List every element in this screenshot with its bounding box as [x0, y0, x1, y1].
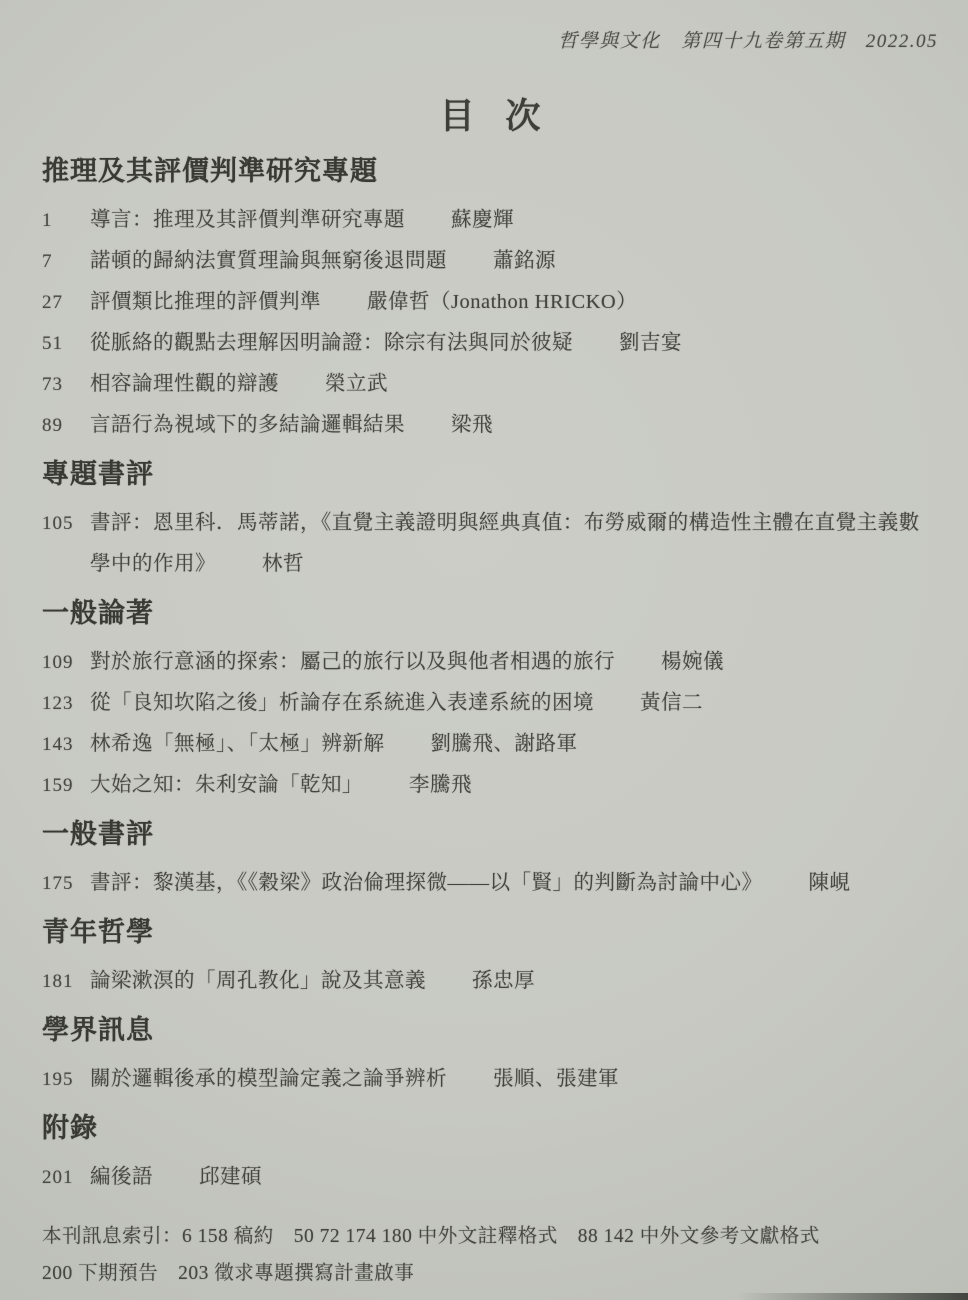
entry-author: 邱建碩	[199, 1166, 262, 1188]
page-content: 哲學與文化 第四十九卷第五期 2022.05 目 次 推理及其評價判準研究專題 …	[42, 0, 938, 1292]
entry-title: 諾頓的歸納法實質理論與無窮後退問題	[90, 250, 447, 272]
entry-text: 評價類比推理的評價判準嚴偉哲（Jonathon HRICKO）	[90, 282, 938, 323]
entry-author: 榮立武	[325, 373, 388, 395]
toc-entry: 123 從「良知坎陷之後」析論存在系統進入表達系統的困境黃信二	[42, 683, 938, 724]
entry-page-number: 181	[42, 961, 90, 1002]
entry-author: 黃信二	[640, 692, 703, 714]
section-heading: 一般書評	[42, 816, 938, 852]
section-heading: 青年哲學	[42, 914, 938, 950]
entry-page-number: 51	[42, 323, 90, 364]
entry-title: 書評：恩里科．馬蒂諾，《直覺主義證明與經典真值：布勞威爾的構造性主體在直覺主義數…	[90, 512, 920, 575]
toc-entry: 89 言語行為視域下的多結論邏輯結果梁飛	[42, 405, 938, 446]
toc-entry: 109 對於旅行意涵的探索：屬己的旅行以及與他者相遇的旅行楊婉儀	[42, 642, 938, 683]
entry-title: 從「良知坎陷之後」析論存在系統進入表達系統的困境	[90, 692, 594, 714]
entry-page-number: 109	[42, 642, 90, 683]
entry-text: 編後語邱建碩	[90, 1157, 938, 1198]
entry-page-number: 195	[42, 1059, 90, 1100]
footer-notice-line: 200 下期預告 203 徵求專題撰寫計畫啟事	[42, 1255, 938, 1292]
entry-page-number: 123	[42, 683, 90, 724]
page-title: 目 次	[42, 89, 938, 139]
toc-entry: 1 導言：推理及其評價判準研究專題蘇慶輝	[42, 200, 938, 241]
entry-text: 從脈絡的觀點去理解因明論證：除宗有法與同於彼疑劉吉宴	[90, 323, 938, 364]
footer-index-line: 本刊訊息索引：6 158 稿約 50 72 174 180 中外文註釋格式 88…	[42, 1218, 938, 1255]
entry-text: 書評：黎漢基，《《穀梁》政治倫理探微——以「賢」的判斷為討論中心》陳峴	[90, 863, 938, 904]
entry-title: 論梁漱溟的「周孔教化」說及其意義	[90, 970, 426, 992]
entry-author: 蕭銘源	[493, 250, 556, 272]
entry-title: 書評：黎漢基，《《穀梁》政治倫理探微——以「賢」的判斷為討論中心》	[90, 872, 763, 894]
toc-entry: 181 論梁漱溟的「周孔教化」說及其意義孫忠厚	[42, 961, 938, 1002]
entry-author: 陳峴	[809, 872, 851, 894]
toc-entry: 159 大始之知：朱利安論「乾知」李騰飛	[42, 765, 938, 806]
entry-author: 林哲	[262, 553, 304, 575]
entry-page-number: 143	[42, 724, 90, 765]
entry-title: 林希逸「無極」、「太極」辨新解	[90, 733, 385, 755]
entry-page-number: 73	[42, 364, 90, 405]
entry-author: 楊婉儀	[661, 651, 724, 673]
entry-author: 張順、張建軍	[493, 1068, 619, 1090]
entry-page-number: 89	[42, 405, 90, 446]
page-footer: 本刊訊息索引：6 158 稿約 50 72 174 180 中外文註釋格式 88…	[42, 1218, 938, 1292]
toc-entry: 143 林希逸「無極」、「太極」辨新解劉騰飛、謝路軍	[42, 724, 938, 765]
toc-entry: 105 書評：恩里科．馬蒂諾，《直覺主義證明與經典真值：布勞威爾的構造性主體在直…	[42, 503, 938, 585]
entry-title: 導言：推理及其評價判準研究專題	[90, 209, 405, 231]
section-heading: 附錄	[42, 1110, 938, 1146]
entry-page-number: 7	[42, 241, 90, 282]
journal-issue-line: 哲學與文化 第四十九卷第五期 2022.05	[42, 0, 938, 53]
entry-title: 編後語	[90, 1166, 153, 1188]
entry-title: 大始之知：朱利安論「乾知」	[90, 774, 363, 796]
entry-text: 論梁漱溟的「周孔教化」說及其意義孫忠厚	[90, 961, 938, 1002]
entry-page-number: 201	[42, 1157, 90, 1198]
entry-text: 大始之知：朱利安論「乾知」李騰飛	[90, 765, 938, 806]
entry-page-number: 175	[42, 863, 90, 904]
section-heading: 推理及其評價判準研究專題	[42, 153, 938, 189]
photo-edge-shadow	[738, 1293, 968, 1300]
entry-text: 對於旅行意涵的探索：屬己的旅行以及與他者相遇的旅行楊婉儀	[90, 642, 938, 683]
section-heading: 一般論著	[42, 595, 938, 631]
entry-text: 相容論理性觀的辯護榮立武	[90, 364, 938, 405]
entry-text: 林希逸「無極」、「太極」辨新解劉騰飛、謝路軍	[90, 724, 938, 765]
entry-text: 言語行為視域下的多結論邏輯結果梁飛	[90, 405, 938, 446]
toc-entry: 27 評價類比推理的評價判準嚴偉哲（Jonathon HRICKO）	[42, 282, 938, 323]
entry-page-number: 27	[42, 282, 90, 323]
entry-title: 對於旅行意涵的探索：屬己的旅行以及與他者相遇的旅行	[90, 651, 615, 673]
section-heading: 專題書評	[42, 456, 938, 492]
section-heading: 學界訊息	[42, 1012, 938, 1048]
entry-author: 嚴偉哲（Jonathon HRICKO）	[367, 291, 637, 313]
entry-author: 梁飛	[451, 414, 493, 436]
entry-author: 劉騰飛、謝路軍	[431, 733, 578, 755]
toc-entry: 51 從脈絡的觀點去理解因明論證：除宗有法與同於彼疑劉吉宴	[42, 323, 938, 364]
entry-text: 諾頓的歸納法實質理論與無窮後退問題蕭銘源	[90, 241, 938, 282]
entry-text: 關於邏輯後承的模型論定義之論爭辨析張順、張建軍	[90, 1059, 938, 1100]
entry-page-number: 105	[42, 503, 90, 544]
toc-entry: 201 編後語邱建碩	[42, 1157, 938, 1198]
entry-title: 言語行為視域下的多結論邏輯結果	[90, 414, 405, 436]
toc-entry: 7 諾頓的歸納法實質理論與無窮後退問題蕭銘源	[42, 241, 938, 282]
entry-author: 李騰飛	[409, 774, 472, 796]
toc-list: 推理及其評價判準研究專題 1 導言：推理及其評價判準研究專題蘇慶輝 7 諾頓的歸…	[42, 153, 938, 1198]
entry-text: 導言：推理及其評價判準研究專題蘇慶輝	[90, 200, 938, 241]
entry-text: 從「良知坎陷之後」析論存在系統進入表達系統的困境黃信二	[90, 683, 938, 724]
entry-title: 從脈絡的觀點去理解因明論證：除宗有法與同於彼疑	[90, 332, 573, 354]
toc-entry: 195 關於邏輯後承的模型論定義之論爭辨析張順、張建軍	[42, 1059, 938, 1100]
entry-title: 相容論理性觀的辯護	[90, 373, 279, 395]
scanned-page: 哲學與文化 第四十九卷第五期 2022.05 目 次 推理及其評價判準研究專題 …	[0, 0, 968, 1300]
entry-page-number: 159	[42, 765, 90, 806]
entry-title: 關於邏輯後承的模型論定義之論爭辨析	[90, 1068, 447, 1090]
entry-title: 評價類比推理的評價判準	[90, 291, 321, 313]
entry-text: 書評：恩里科．馬蒂諾，《直覺主義證明與經典真值：布勞威爾的構造性主體在直覺主義數…	[90, 503, 938, 585]
entry-author: 劉吉宴	[619, 332, 682, 354]
entry-author: 蘇慶輝	[451, 209, 514, 231]
entry-author: 孫忠厚	[472, 970, 535, 992]
toc-entry: 73 相容論理性觀的辯護榮立武	[42, 364, 938, 405]
toc-entry: 175 書評：黎漢基，《《穀梁》政治倫理探微——以「賢」的判斷為討論中心》陳峴	[42, 863, 938, 904]
entry-page-number: 1	[42, 200, 90, 241]
